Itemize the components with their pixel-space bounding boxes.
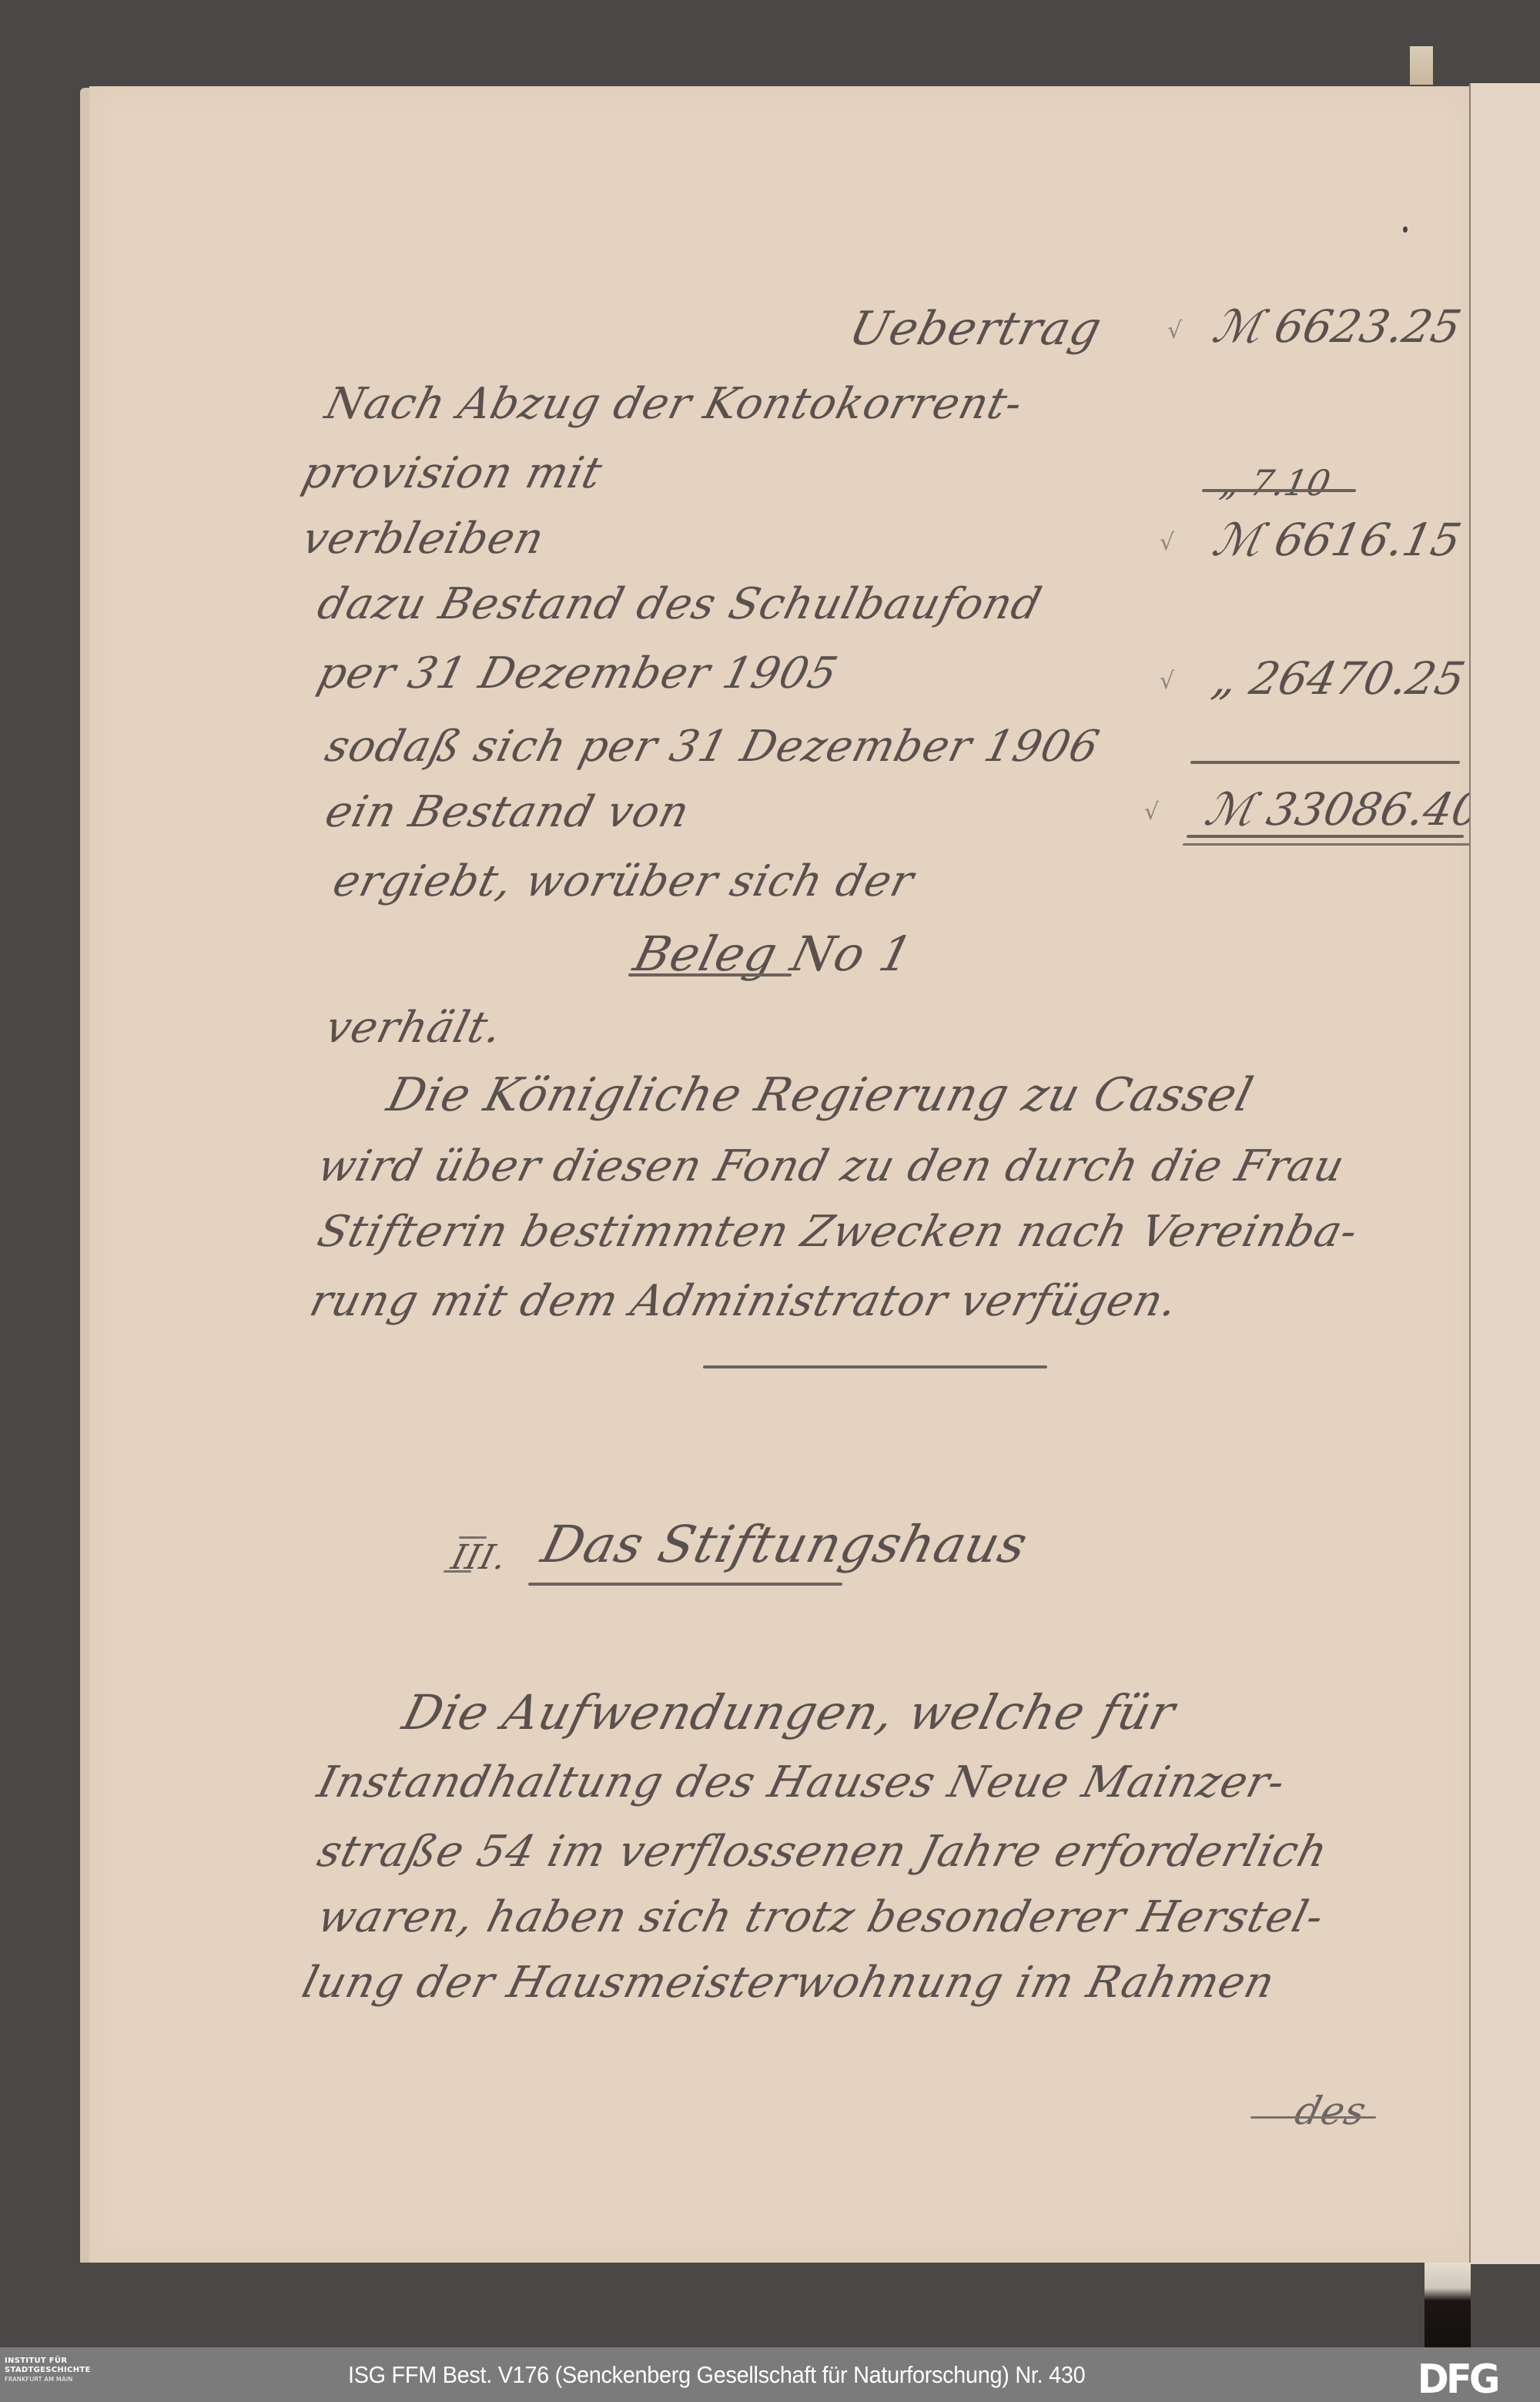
ink-dot	[1403, 226, 1408, 233]
subtotal-rule	[1202, 489, 1356, 492]
paragraph2-line2: Instandhaltung des Hauses Neue Mainzer-	[313, 1757, 1291, 1807]
page-tab-top	[1410, 46, 1433, 85]
paragraph1-line3: Stifterin bestimmten Zwecken nach Verein…	[313, 1207, 1363, 1257]
total-rule-double-2	[1183, 843, 1471, 846]
total-rule-top	[1190, 761, 1460, 764]
result-line3: ergiebt, worüber sich der	[328, 856, 919, 906]
institution-logo: INSTITUT FÜR STADTGESCHICHTE FRANKFURT A…	[5, 2357, 91, 2384]
check-mark: √	[1144, 799, 1159, 826]
section-title-underline	[528, 1583, 842, 1586]
check-mark: √	[1160, 668, 1174, 695]
next-page-edge	[1469, 83, 1540, 2264]
add-line1: dazu Bestand des Schulbaufond	[313, 579, 1046, 629]
result-amount: ℳ 33086.40	[1200, 783, 1487, 836]
deduction-text-line1: Nach Abzug der Kontokorrent-	[320, 379, 1028, 429]
total-rule-double-1	[1187, 835, 1464, 838]
add-amount: „ 26470.25	[1208, 652, 1470, 705]
manuscript-page: Uebertrag √ ℳ 6623.25 Nach Abzug der Kon…	[89, 86, 1472, 2263]
remain-amount: ℳ 6616.15	[1208, 514, 1466, 566]
dfg-logo: DFG	[1418, 2357, 1498, 2402]
paragraph2-line5: lung der Hausmeisterwohnung im Rahmen	[297, 1958, 1280, 2008]
section-numeral-overline	[459, 1536, 487, 1539]
section-title: Das Stiftungshaus	[536, 1515, 1033, 1574]
deduction-amount: „ 7.10	[1217, 462, 1334, 504]
catchword: des	[1291, 2089, 1371, 2133]
paragraph2-line3: straße 54 im verflossenen Jahre erforder…	[313, 1827, 1333, 1877]
add-line2: per 31 Dezember 1905	[313, 648, 843, 698]
paragraph2-line1: Die Aufwendungen, welche für	[397, 1684, 1181, 1740]
check-mark: √	[1167, 317, 1182, 344]
carry-over-label: Uebertrag	[844, 302, 1107, 356]
paragraph2-line4: waren, haben sich trotz besonderer Herst…	[313, 1892, 1329, 1942]
institution-line1: INSTITUT FÜR	[5, 2357, 91, 2366]
catchword-underline	[1250, 2116, 1376, 2119]
paragraph1-line1: Die Königliche Regierung zu Cassel	[382, 1068, 1259, 1122]
institution-line3: FRANKFURT AM MAIN	[5, 2375, 91, 2384]
check-mark: √	[1160, 529, 1174, 556]
result-line2: ein Bestand von	[320, 787, 695, 837]
section-divider	[703, 1365, 1047, 1369]
remain-label: verbleiben	[297, 514, 550, 564]
voucher-underline	[628, 973, 792, 977]
carry-over-amount: ℳ 6623.25	[1208, 300, 1466, 353]
paragraph1-line4: rung mit dem Administrator verfügen.	[305, 1276, 1183, 1326]
paragraph1-line2: wird über diesen Fond zu den durch die F…	[313, 1141, 1350, 1191]
page-tab-bottom	[1424, 2263, 1471, 2347]
institution-line2: STADTGESCHICHTE	[5, 2366, 91, 2375]
deduction-text-line2: provision mit	[297, 448, 608, 498]
section-numeral-underline	[444, 1570, 471, 1573]
result-line4: verhält.	[320, 1003, 507, 1053]
archive-caption: ISG FFM Best. V176 (Senckenberg Gesellsc…	[348, 2361, 1085, 2389]
archive-footer-bar: INSTITUT FÜR STADTGESCHICHTE FRANKFURT A…	[0, 2347, 1540, 2402]
result-line1: sodaß sich per 31 Dezember 1906	[320, 722, 1104, 772]
